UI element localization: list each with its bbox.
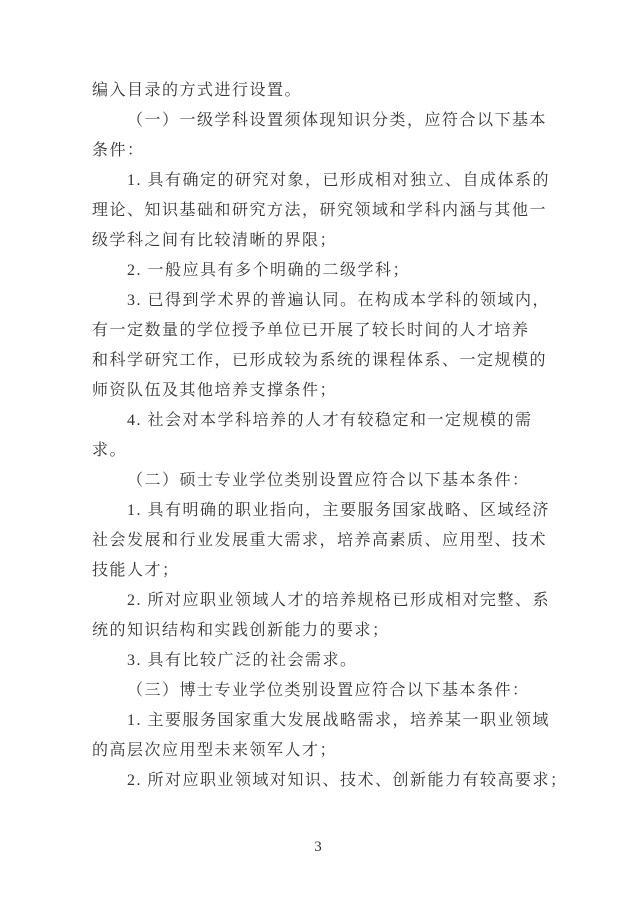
text-line: （二）硕士专业学位类别设置应符合以下基本条件： [92,466,550,496]
text-line: 统的知识结构和实践创新能力的要求； [92,616,550,646]
text-line: （三）博士专业学位类别设置应符合以下基本条件： [92,676,550,706]
text-line: 1. 具有确定的研究对象，已形成相对独立、自成体系的 [92,166,550,196]
page-footer: 3 [0,832,636,862]
text-line: 社会发展和行业发展重大需求，培养高素质、应用型、技术 [92,526,550,556]
text-line: 有一定数量的学位授予单位已开展了较长时间的人才培养 [92,316,550,346]
text-line: 2. 一般应具有多个明确的二级学科； [92,256,550,286]
text-line: （一）一级学科设置须体现知识分类，应符合以下基本 [92,106,550,136]
text-line: 的高层次应用型未来领军人才； [92,736,550,766]
document-text-block: 编入目录的方式进行设置。（一）一级学科设置须体现知识分类，应符合以下基本条件：1… [92,76,550,796]
text-line: 4. 社会对本学科培养的人才有较稳定和一定规模的需 [92,406,550,436]
text-line: 和科学研究工作，已形成较为系统的课程体系、一定规模的 [92,346,550,376]
text-line: 2. 所对应职业领域人才的培养规格已形成相对完整、系 [92,586,550,616]
text-line: 理论、知识基础和研究方法，研究领域和学科内涵与其他一 [92,196,550,226]
text-line: 技能人才； [92,556,550,586]
document-page: 编入目录的方式进行设置。（一）一级学科设置须体现知识分类，应符合以下基本条件：1… [0,0,636,900]
text-line: 3. 具有比较广泛的社会需求。 [92,646,550,676]
text-line: 级学科之间有比较清晰的界限； [92,226,550,256]
text-line: 求。 [92,436,550,466]
text-line: 1. 具有明确的职业指向，主要服务国家战略、区域经济 [92,496,550,526]
text-line: 师资队伍及其他培养支撑条件； [92,376,550,406]
page-number: 3 [314,839,322,855]
text-line: 3. 已得到学术界的普遍认同。在构成本学科的领域内， [92,286,550,316]
text-line: 编入目录的方式进行设置。 [92,76,550,106]
text-line: 1. 主要服务国家重大发展战略需求，培养某一职业领域 [92,706,550,736]
text-line: 2. 所对应职业领域对知识、技术、创新能力有较高要求； [92,766,550,796]
text-line: 条件： [92,136,550,166]
